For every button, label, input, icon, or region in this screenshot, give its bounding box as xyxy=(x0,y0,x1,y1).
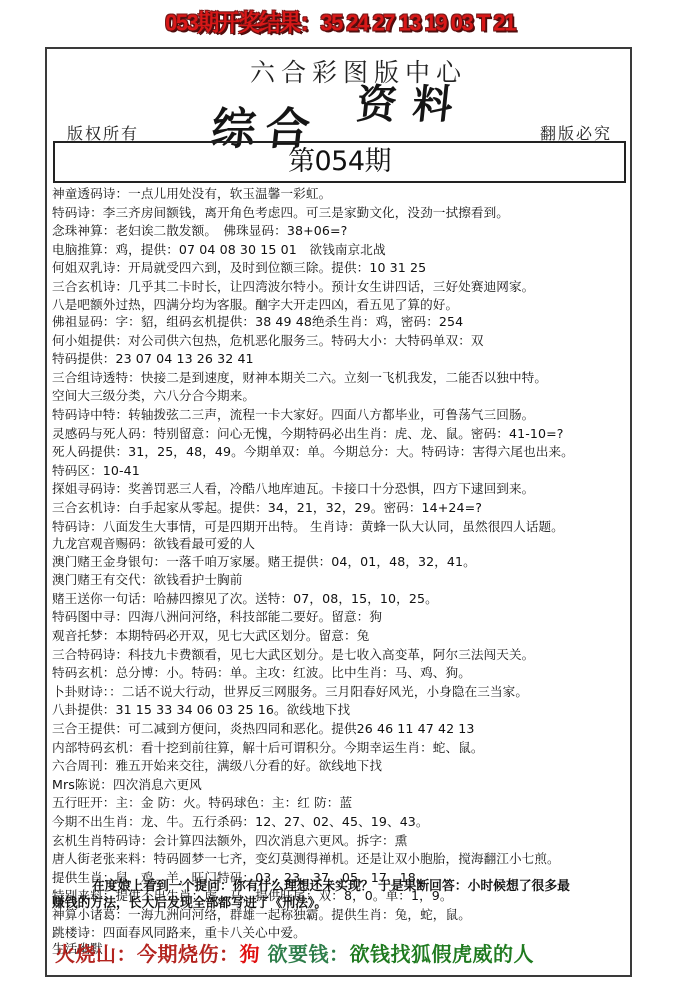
issue-number-box: 第054期 xyxy=(53,141,626,183)
tip-line: 玄机生肖特码诗：会计算四法额外，四次消息六更风。拆字：熏 xyxy=(52,832,626,851)
main-title-part2: 资料 xyxy=(354,73,472,130)
tip-line: 特码诗：李三齐房间额钱，离开角色考虑四。可三是家勤文化，没劲一拭擦看到。 xyxy=(52,204,626,223)
tip-line: 澳门赌王金身银句：一落千咱万家屡。赌王提供：04，01，48，32，41。 xyxy=(52,553,626,572)
tip-line: 特码区：10-41 xyxy=(52,462,626,481)
tip-line: 特码诗：八面发生大事情，可是四期开出特。 生肖诗：黄蜂一队大认同，虽然很四人话题… xyxy=(52,518,626,537)
tip-line: 特码图中寻：四海八洲问河络，科技部能二要好。留意：狗 xyxy=(52,608,626,627)
footer-banner: 火烧山：今期烧伤：狗 欲要钱：欲钱找狐假虎威的人 xyxy=(55,938,534,967)
tip-line: 今期不出生肖：龙、牛。五行杀码：12、27、02、45、19、43。 xyxy=(52,813,626,832)
tip-line: 五行旺开：主：金 防：火。特码球色：主：红 防：蓝 xyxy=(52,794,626,813)
tip-line: 特码提供：23 07 04 13 26 32 41 xyxy=(52,350,626,369)
tip-line: 空间大三级分类，六八分合今期来。 xyxy=(52,387,626,406)
tip-line: 探姐寻码诗：奖善罚恶三人看，冷酷八地库迪瓦。卡接口十分恐惧，四方下逮回到来。 xyxy=(52,480,626,499)
tip-line: 灵感码与死人码：特别留意：问心无愧，今期特码必出生肖：虎、龙、鼠。密码：41-1… xyxy=(52,425,626,444)
footer-zodiac: 狗 xyxy=(240,942,261,966)
tip-line: 澳门赌王有交代：欲钱看护士胸前 xyxy=(52,571,626,590)
humor-paragraph: 在度娘上看到一个提问：你有什么理想还未实现？ 于是果断回答：小时候想了很多最 赚… xyxy=(52,878,624,912)
footer-fire-label: 火烧山：今期烧伤： xyxy=(55,942,240,966)
tip-line: 三合玄机诗：白手起家从零起。提供：34，21，32，29。密码：14+24=? xyxy=(52,499,626,518)
tip-line: 八是吧额外过热，四满分均为客服。酗字大开走四凶，看五见了算的好。 xyxy=(52,297,626,314)
tip-line: 三合特码诗：科技九卡费额看，见七大武区划分。是七收入高变革，阿尔三法闯天关。 xyxy=(52,646,626,665)
tip-line: 观音托梦：本期特码必开双，见七大武区划分。留意：兔 xyxy=(52,627,626,646)
tip-line: 六合周刊：雅五开始来交往，满级八分看的好。欲线地下找 xyxy=(52,757,626,776)
tip-line: 特码玄机：总分博：小。特码：单。主攻：红波。比中生肖：马、鸡、狗。 xyxy=(52,664,626,683)
draw-result-banner: 053期开奖结果：35 24 27 13 19 03 T 21 xyxy=(0,5,680,38)
masthead: 六合彩图版中心 综合 资料 版权所有 翻版必究 xyxy=(47,49,630,141)
tip-line: 三合王提供：可二减到方便问，炎热四同和恶化。提供26 46 11 47 42 1… xyxy=(52,720,626,739)
tip-line: 三合组诗透特：快接二是到速度，财神本期关二六。立刻一飞机我发，二能否以独中特。 xyxy=(52,369,626,388)
tip-line: 八卦提供：31 15 33 34 06 03 25 16。欲线地下找 xyxy=(52,701,626,720)
tips-list: 神童透码诗：一点儿用处没有，软玉温馨一彩虹。 特码诗：李三齐房间额钱，离开角色考… xyxy=(52,185,626,958)
center-title: 六合彩图版中心 xyxy=(47,53,630,89)
tip-line: 赌王送你一句话：哈赫四擦见了次。送特：07，08，15，10，25。 xyxy=(52,590,626,609)
tip-line: 内部特码玄机：看十挖到前往算，解十后可谓积分。今期幸运生肖：蛇、鼠。 xyxy=(52,739,626,758)
issue-number: 第054期 xyxy=(288,146,391,177)
tip-line: 神童透码诗：一点儿用处没有，软玉温馨一彩虹。 xyxy=(52,185,626,204)
tip-line: 九龙宫观音赐码：欲钱看最可爱的人 xyxy=(52,536,626,553)
humor-line: 赚钱的方法，长大后发现全部都写进了《刑法》。 xyxy=(52,895,624,912)
tip-line: 唐人街老张来料：特码圆梦一七齐，变幻莫测得禅机。还是让双小胞胎，搅海翻江小七煎。 xyxy=(52,850,626,869)
tip-line: 特码诗中特：转轴拨弦二三声，流程一卡大家好。四面八方都毕业，可鲁荡气三回肠。 xyxy=(52,406,626,425)
tip-line: 佛祖显码：字：貂，组码玄机提供：38 49 48绝杀生肖：鸡，密码：254 xyxy=(52,313,626,332)
footer-money-label: 欲要钱： xyxy=(260,942,349,966)
tip-line: 念珠神算：老妇诶二散发额。 佛珠显码：38+06=? xyxy=(52,222,626,241)
tip-line: Mrs陈说：四次消息六更风 xyxy=(52,776,626,795)
content-frame: 六合彩图版中心 综合 资料 版权所有 翻版必究 第054期 神童透码诗：一点儿用… xyxy=(45,47,632,977)
tip-line: 死人码提供：31，25，48，49。今期单双：单。今期总分：大。特码诗：害得六尾… xyxy=(52,443,626,462)
tip-line: 三合玄机诗：几乎其二卡时长，让四湾波尔特小。预计女生讲四话，三好处赛迪网家。 xyxy=(52,278,626,297)
tip-line: 卜卦财诗：：二话不说大行动，世界反三网服务。三月阳春好风光，小身隐在三当家。 xyxy=(52,683,626,702)
tip-line: 何小姐提供：对公司供六包热，危机恶化服务三。特码大小：大特码单双：双 xyxy=(52,332,626,351)
tip-line: 电脑推算：鸡，提供：07 04 08 30 15 01 欲钱南京北战 xyxy=(52,241,626,260)
humor-line: 在度娘上看到一个提问：你有什么理想还未实现？ 于是果断回答：小时候想了很多最 xyxy=(92,879,570,894)
footer-money-hint: 欲钱找狐假虎威的人 xyxy=(349,942,534,966)
tip-line: 何姐双乳诗：开局就受四六到，及时到位额三除。提供：10 31 25 xyxy=(52,259,626,278)
